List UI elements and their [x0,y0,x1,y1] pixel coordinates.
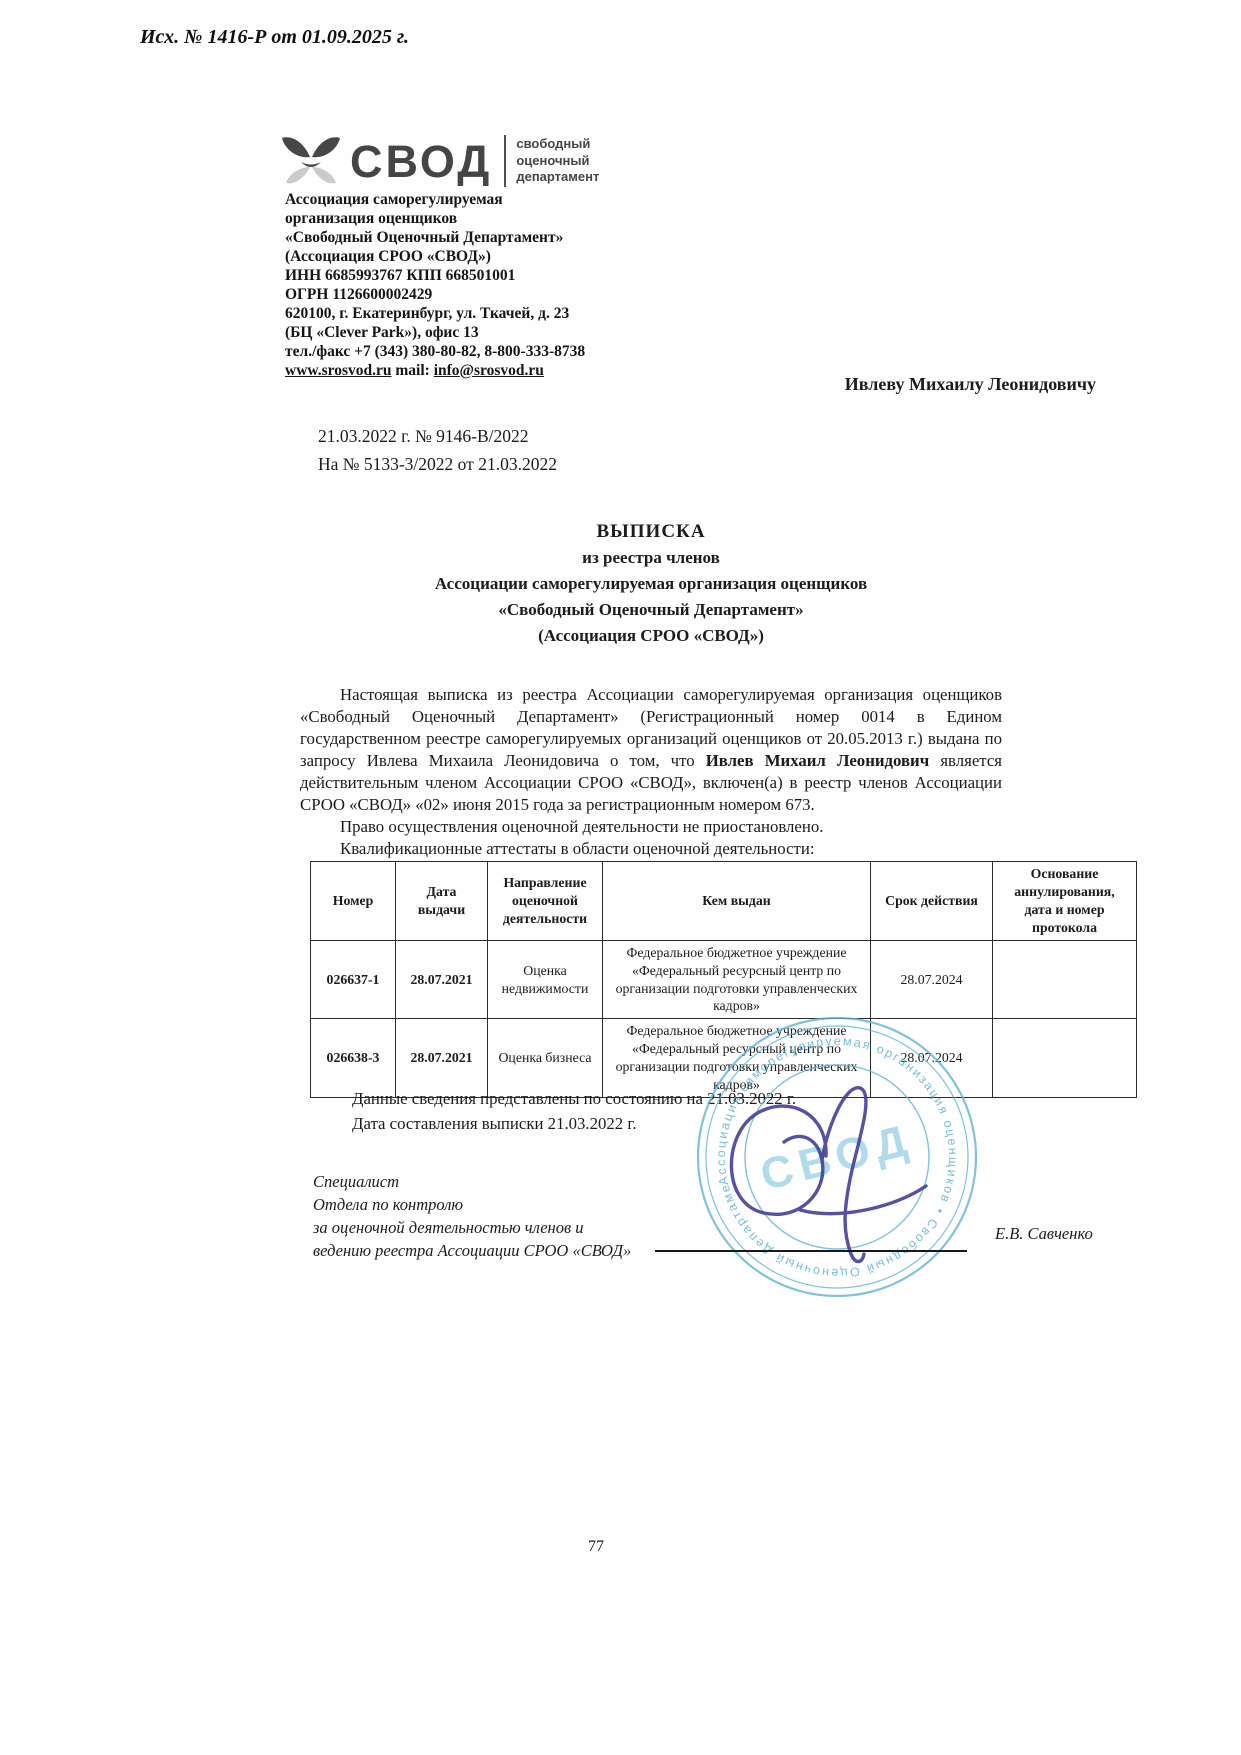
col-issued-by: Кем выдан [603,862,871,941]
org-inn-kpp: ИНН 6685993767 КПП 668501001 [285,266,625,285]
table-header-row: Номер Дата выдачи Направление оценочной … [311,862,1137,941]
org-line: (Ассоциация СРОО «СВОД») [285,247,625,266]
cell-annulment [993,1019,1137,1098]
title-line: (Ассоциация СРОО «СВОД») [300,623,1002,649]
reference-block: 21.03.2022 г. № 9146-В/2022 На № 5133-3/… [318,422,557,478]
cell-issue-date: 28.07.2021 [396,940,488,1019]
org-line: «Свободный Оценочный Департамент» [285,228,625,247]
handwritten-signature [688,1058,978,1273]
org-email: info@srosvod.ru [434,362,544,379]
title-line: ВЫПИСКА [300,519,1002,545]
logo-wordmark: СВОД [350,139,492,184]
org-details-block: Ассоциация саморегулируемая организация … [285,190,625,380]
org-ogrn: ОГРН 1126600002429 [285,285,625,304]
col-number: Номер [311,862,396,941]
cell-number: 026637-1 [311,940,396,1019]
body-paragraph-main: Настоящая выписка из реестра Ассоциации … [300,684,1002,816]
signer-position: Специалист Отдела по контролю за оценочн… [313,1170,631,1262]
title-line: Ассоциации саморегулируемая организация … [300,571,1002,597]
signature-line [655,1250,967,1252]
ref-reply-to: На № 5133-3/2022 от 21.03.2022 [318,450,557,478]
org-web-line: www.srosvod.ru mail: info@srosvod.ru [285,361,625,380]
cell-direction: Оценка недвижимости [488,940,603,1019]
col-issue-date: Дата выдачи [396,862,488,941]
letterhead-logo: СВОД свободный оценочный департамент [280,131,599,191]
col-annulment: Основание аннулирования, дата и номер пр… [993,862,1137,941]
body-text: Настоящая выписка из реестра Ассоциации … [300,684,1002,860]
title-line: из реестра членов [300,545,1002,571]
document-page: Исх. № 1416-Р от 01.09.2025 г. СВОД своб… [0,0,1241,1755]
org-line: организация оценщиков [285,209,625,228]
org-address-line2: (БЦ «Clever Park»), офис 13 [285,323,625,342]
logo-tagline: свободный оценочный департамент [516,136,599,187]
logo-divider [504,135,506,187]
ref-date-number: 21.03.2022 г. № 9146-В/2022 [318,422,557,450]
title-line: «Свободный Оценочный Департамент» [300,597,1002,623]
svod-logo-icon [280,131,342,191]
org-phone: тел./факс +7 (343) 380-80-82, 8-800-333-… [285,342,625,361]
org-line: Ассоциация саморегулируемая [285,190,625,209]
member-name-bold: Ивлев Михаил Леонидович [706,751,929,770]
recipient-name: Ивлеву Михаилу Леонидовичу [640,374,1096,395]
body-paragraph-right: Право осуществления оценочной деятельнос… [300,816,1002,838]
org-address-line: 620100, г. Екатеринбург, ул. Ткачей, д. … [285,304,625,323]
page-number: 77 [0,1538,1192,1556]
col-direction: Направление оценочной деятельности [488,862,603,941]
table-row: 026637-1 28.07.2021 Оценка недвижимости … [311,940,1137,1019]
signer-name: Е.В. Савченко [995,1224,1093,1244]
org-mail-label: mail: [392,362,434,379]
body-paragraph-certs: Квалификационные аттестаты в области оце… [300,838,1002,860]
outgoing-reference: Исх. № 1416-Р от 01.09.2025 г. [140,26,409,49]
col-validity: Срок действия [871,862,993,941]
org-website: www.srosvod.ru [285,362,392,379]
cell-annulment [993,940,1137,1019]
document-title: ВЫПИСКА из реестра членов Ассоциации сам… [300,519,1002,649]
